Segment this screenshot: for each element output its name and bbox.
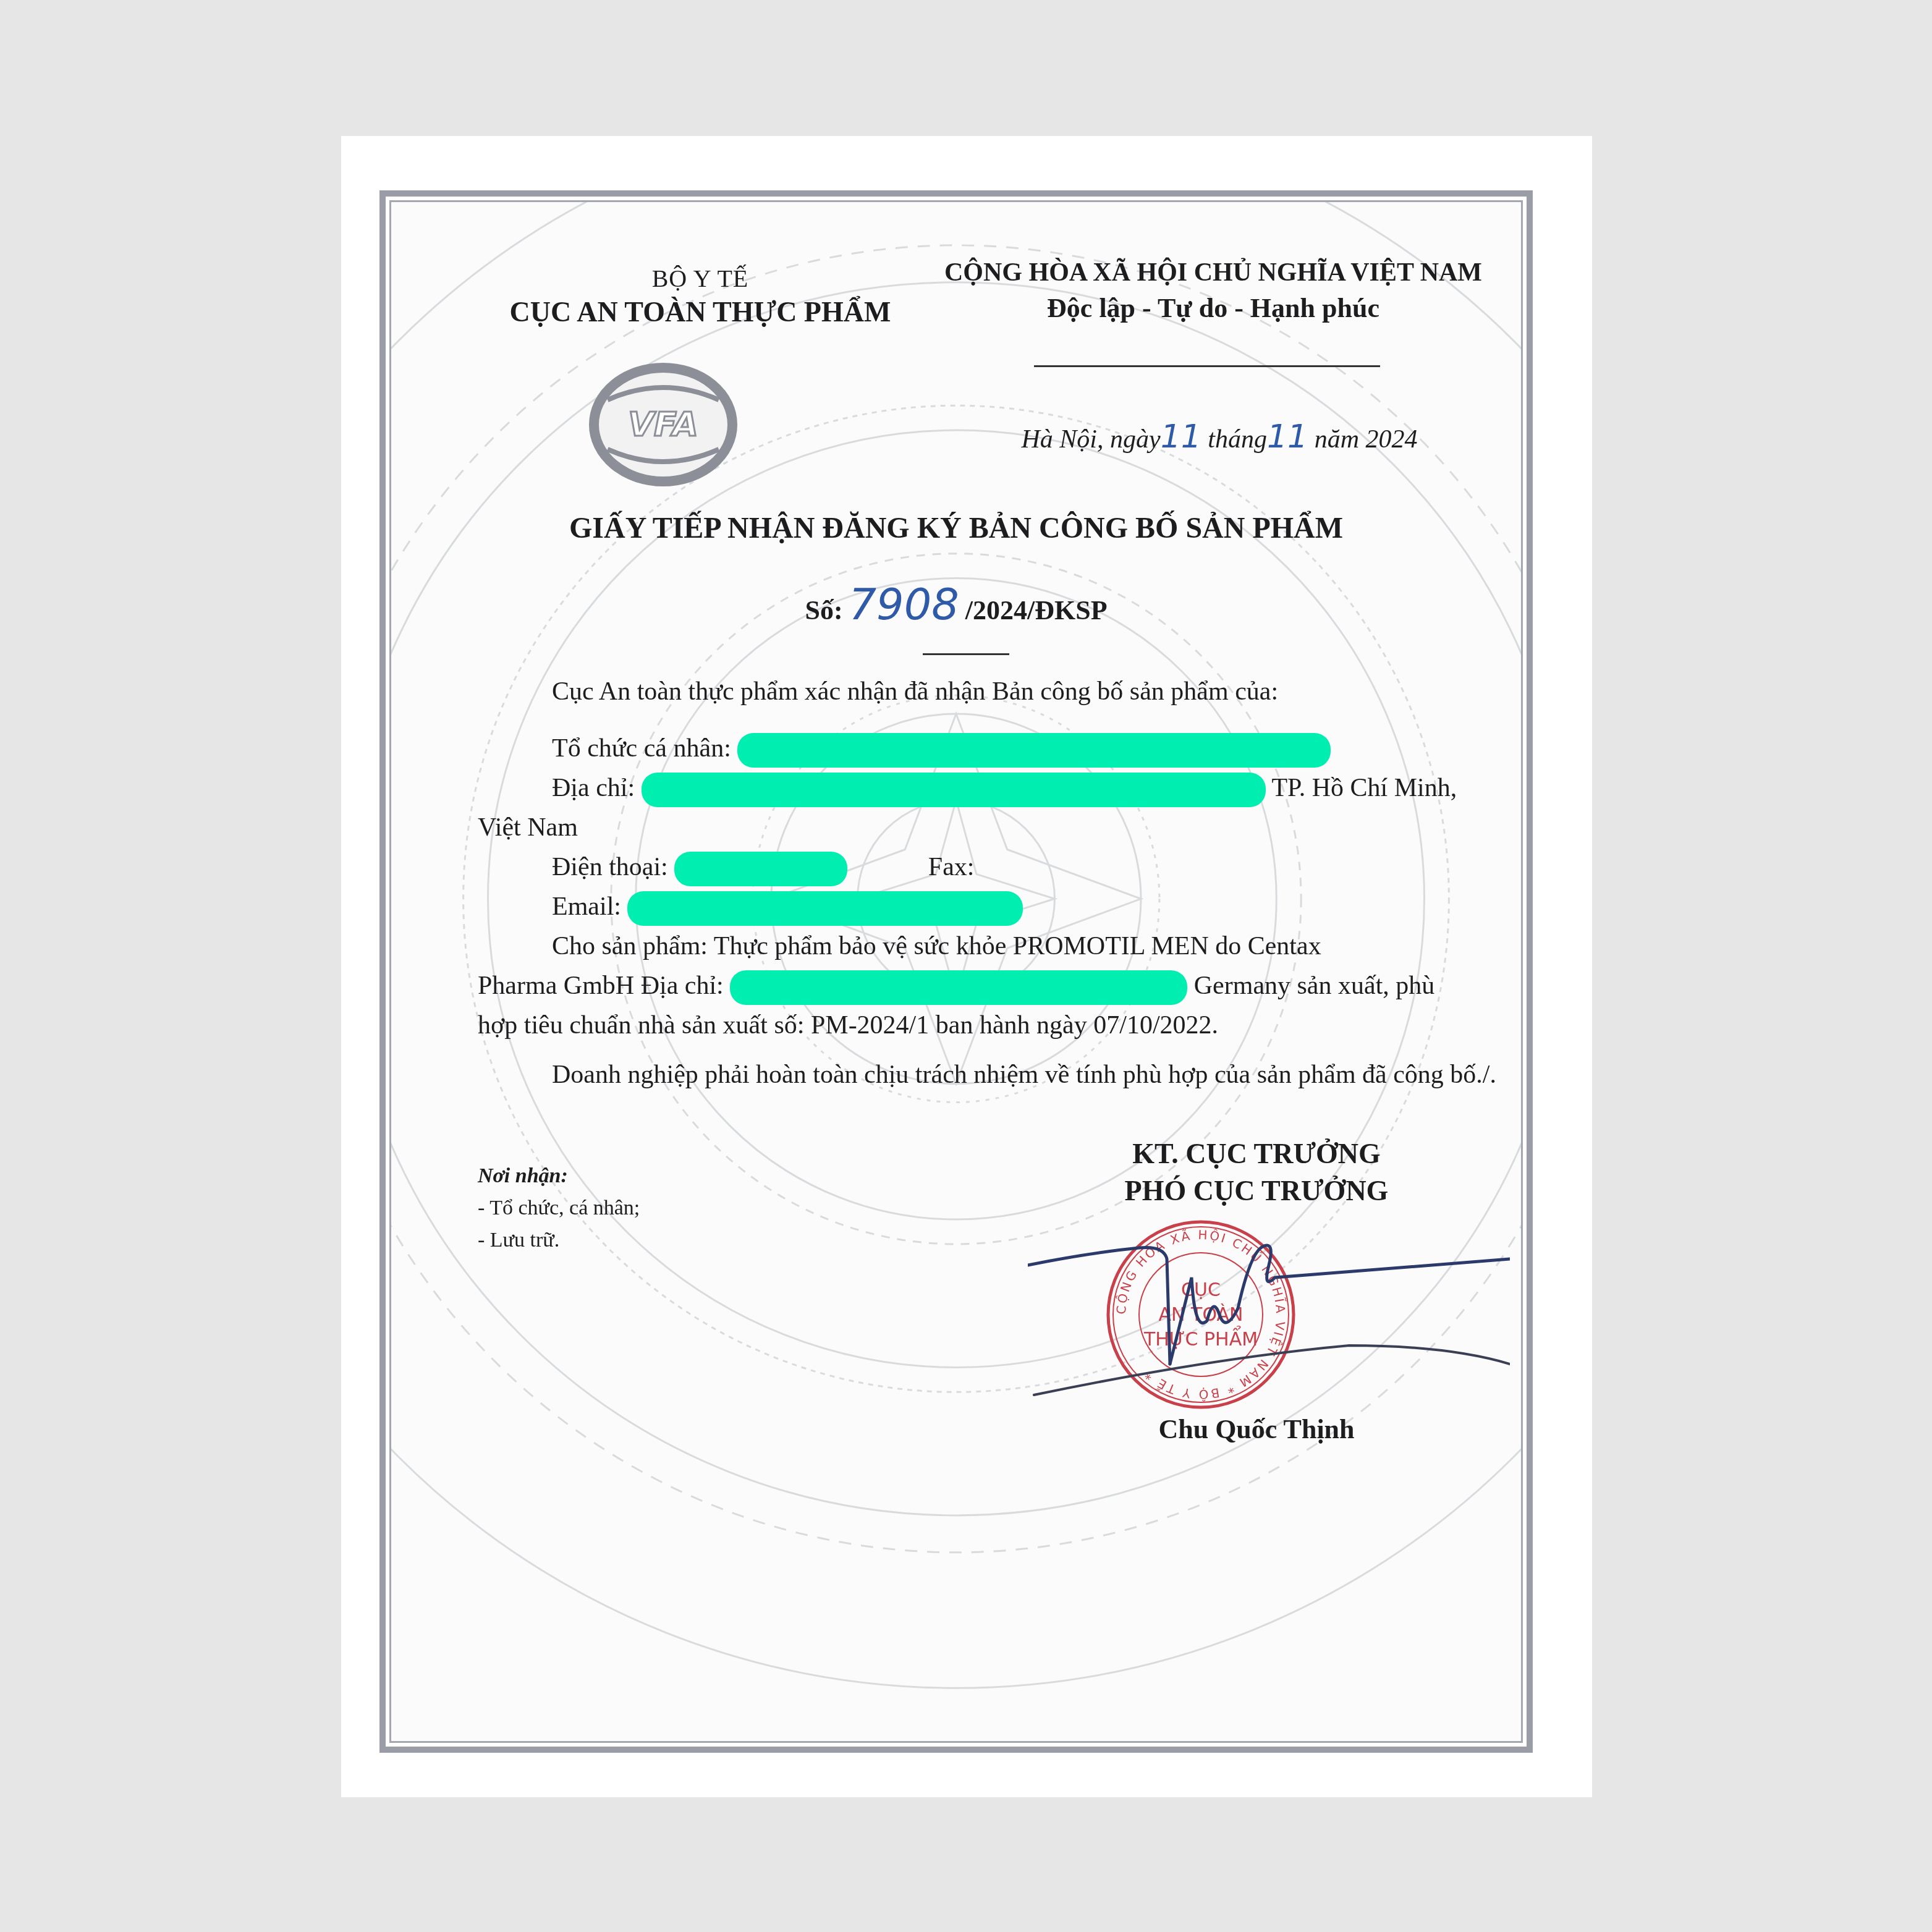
signer-title-1: KT. CỤC TRƯỞNG bbox=[1009, 1135, 1504, 1172]
motto-underline bbox=[1034, 365, 1380, 367]
signer-name: Chu Quốc Thịnh bbox=[1009, 1413, 1504, 1445]
svg-text:VFA: VFA bbox=[628, 405, 698, 444]
redacted-address bbox=[642, 773, 1266, 807]
signer-title-2: PHÓ CỤC TRƯỞNG bbox=[1009, 1172, 1504, 1210]
recipient-item: - Tổ chức, cá nhân; bbox=[478, 1192, 910, 1224]
republic-name: CỘNG HÒA XÃ HỘI CHỦ NGHĨA VIỆT NAM bbox=[917, 258, 1510, 287]
ministry-name: BỘ Y TẾ bbox=[484, 264, 917, 293]
agency-name: CỤC AN TOÀN THỰC PHẨM bbox=[484, 295, 917, 328]
vfa-logo-icon: VFA bbox=[589, 363, 737, 486]
signature-block: KT. CỤC TRƯỞNG PHÓ CỤC TRƯỞNG Chu Quốc T… bbox=[1009, 1135, 1504, 1445]
recipients-heading: Nơi nhận: bbox=[478, 1160, 910, 1192]
issue-date: Hà Nội, ngày11 tháng11 năm 2024 bbox=[947, 418, 1491, 455]
document-border-inner: BỘ Y TẾ CỤC AN TOÀN THỰC PHẨM VFA CỘNG H… bbox=[389, 200, 1523, 1743]
email-line: Email: bbox=[478, 887, 1516, 926]
intro-text: Cục An toàn thực phẩm xác nhận đã nhận B… bbox=[478, 672, 1516, 711]
phone-fax-line: Điện thoại: Fax: bbox=[478, 847, 1516, 887]
redacted-email bbox=[627, 891, 1023, 926]
number-underline bbox=[923, 653, 1009, 655]
national-motto: Độc lập - Tự do - Hạnh phúc bbox=[917, 292, 1510, 324]
address-line: Địa chỉ: TP. Hồ Chí Minh, bbox=[478, 768, 1516, 808]
document-title: GIẤY TIẾP NHẬN ĐĂNG KÝ BẢN CÔNG BỐ SẢN P… bbox=[391, 511, 1521, 545]
address-country: Việt Nam bbox=[478, 808, 1516, 847]
responsibility-text: Doanh nghiệp phải hoàn toàn chịu trách n… bbox=[478, 1055, 1516, 1095]
product-line-2: Pharma GmbH Địa chỉ: Germany sản xuất, p… bbox=[478, 966, 1516, 1006]
handwritten-number: 7908 bbox=[849, 579, 959, 630]
national-header: CỘNG HÒA XÃ HỘI CHỦ NGHĨA VIỆT NAM Độc l… bbox=[917, 258, 1510, 324]
document-number: Số:7908/2024/ĐKSP bbox=[391, 579, 1521, 630]
recipient-item: - Lưu trữ. bbox=[478, 1224, 910, 1256]
document-body: Cục An toàn thực phẩm xác nhận đã nhận B… bbox=[478, 672, 1516, 1095]
redacted-org-name bbox=[737, 733, 1331, 768]
document-page: BỘ Y TẾ CỤC AN TOÀN THỰC PHẨM VFA CỘNG H… bbox=[341, 136, 1592, 1797]
product-line-1: Cho sản phẩm: Thực phẩm bảo vệ sức khỏe … bbox=[478, 926, 1516, 966]
handwritten-day: 11 bbox=[1161, 418, 1201, 455]
handwritten-month: 11 bbox=[1267, 418, 1308, 455]
recipients-block: Nơi nhận: - Tổ chức, cá nhân; - Lưu trữ. bbox=[478, 1160, 910, 1256]
product-line-3: hợp tiêu chuẩn nhà sản xuất số: PM-2024/… bbox=[478, 1006, 1516, 1045]
org-line: Tổ chức cá nhân: bbox=[478, 729, 1516, 768]
redacted-phone bbox=[674, 852, 847, 886]
redacted-manufacturer-address bbox=[730, 970, 1187, 1005]
issuer-header: BỘ Y TẾ CỤC AN TOÀN THỰC PHẨM bbox=[484, 264, 917, 328]
